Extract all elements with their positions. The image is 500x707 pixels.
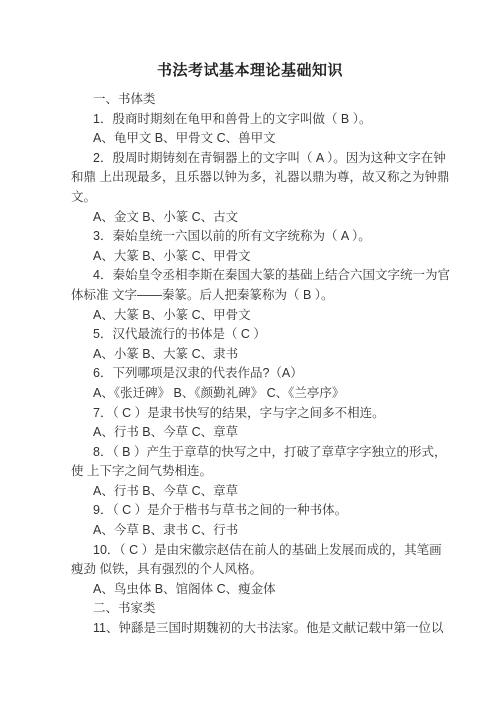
document-body: 一、书体类1．殷商时期刻在龟甲和兽骨上的文字叫做（ B ）。A、龟甲文 B、甲骨…	[71, 90, 434, 639]
options-line: A、龟甲文 B、甲骨文 C、兽甲文	[71, 129, 434, 149]
options-line: A、大篆 B、小篆 C、甲骨文	[71, 306, 434, 326]
question-line: 10．（ C ）是由宋徽宗赵佶在前人的基础上发展而成的，其笔画	[71, 541, 434, 561]
continuation-line: 瘦劲 似铁，具有强烈的个人风格。	[71, 560, 434, 580]
question-line: 5．汉代最流行的书体是（ C ）	[71, 325, 434, 345]
question-line: 4．秦始皇令丞相李斯在秦国大篆的基础上结合六国文字统一为官	[71, 266, 434, 286]
options-line: A、行书 B、今草 C、章草	[71, 482, 434, 502]
continuation-line: 体标准 文字——秦篆。后人把秦篆称为（ B ）。	[71, 286, 434, 306]
question-line: 9．（ C ）是介于楷书与草书之间的一种书体。	[71, 501, 434, 521]
continuation-line: 使 上下字之间气势相连。	[71, 462, 434, 482]
question-line: 3．秦始皇统一六国以前的所有文字统称为（ A ）。	[71, 227, 434, 247]
continuation-line: 文。	[71, 188, 434, 208]
section-heading: 二、书家类	[71, 599, 434, 619]
question-line: 8．（ B ）产生于章草的快写之中，打破了章草字字独立的形式，	[71, 443, 434, 463]
question-line: 1．殷商时期刻在龟甲和兽骨上的文字叫做（ B ）。	[71, 110, 434, 130]
document-title: 书法考试基本理论基础知识	[0, 61, 500, 81]
options-line: A、今草 B、隶书 C、行书	[71, 521, 434, 541]
options-line: A、行书 B、今草 C、章草	[71, 423, 434, 443]
options-line: A、小篆 B、大篆 C、隶书	[71, 345, 434, 365]
section-heading: 一、书体类	[71, 90, 434, 110]
continuation-line: 和鼎 上出现最多，且乐器以钟为多，礼器以鼎为尊，故又称之为钟鼎	[71, 168, 434, 188]
options-line: A、金文 B、小篆 C、古文	[71, 208, 434, 228]
question-line: 7．（ C ）是隶书快写的结果，字与字之间多不相连。	[71, 404, 434, 424]
options-line: A、《张迁碑》 B、《颜勤礼碑》 C、《兰亭序》	[71, 384, 434, 404]
options-line: A、大篆 B、小篆 C、甲骨文	[71, 247, 434, 267]
question-line: 11、钟繇是三国时期魏初的大书法家。他是文献记载中第一位以	[71, 619, 434, 639]
question-line: 2．殷周时期铸刻在青铜器上的文字叫（ A ）。因为这种文字在钟	[71, 149, 434, 169]
question-line: 6．下列哪项是汉隶的代表作品?（A）	[71, 364, 434, 384]
document-page: 书法考试基本理论基础知识 一、书体类1．殷商时期刻在龟甲和兽骨上的文字叫做（ B…	[0, 0, 500, 707]
options-line: A、鸟虫体 B、馆阁体 C、瘦金体	[71, 580, 434, 600]
